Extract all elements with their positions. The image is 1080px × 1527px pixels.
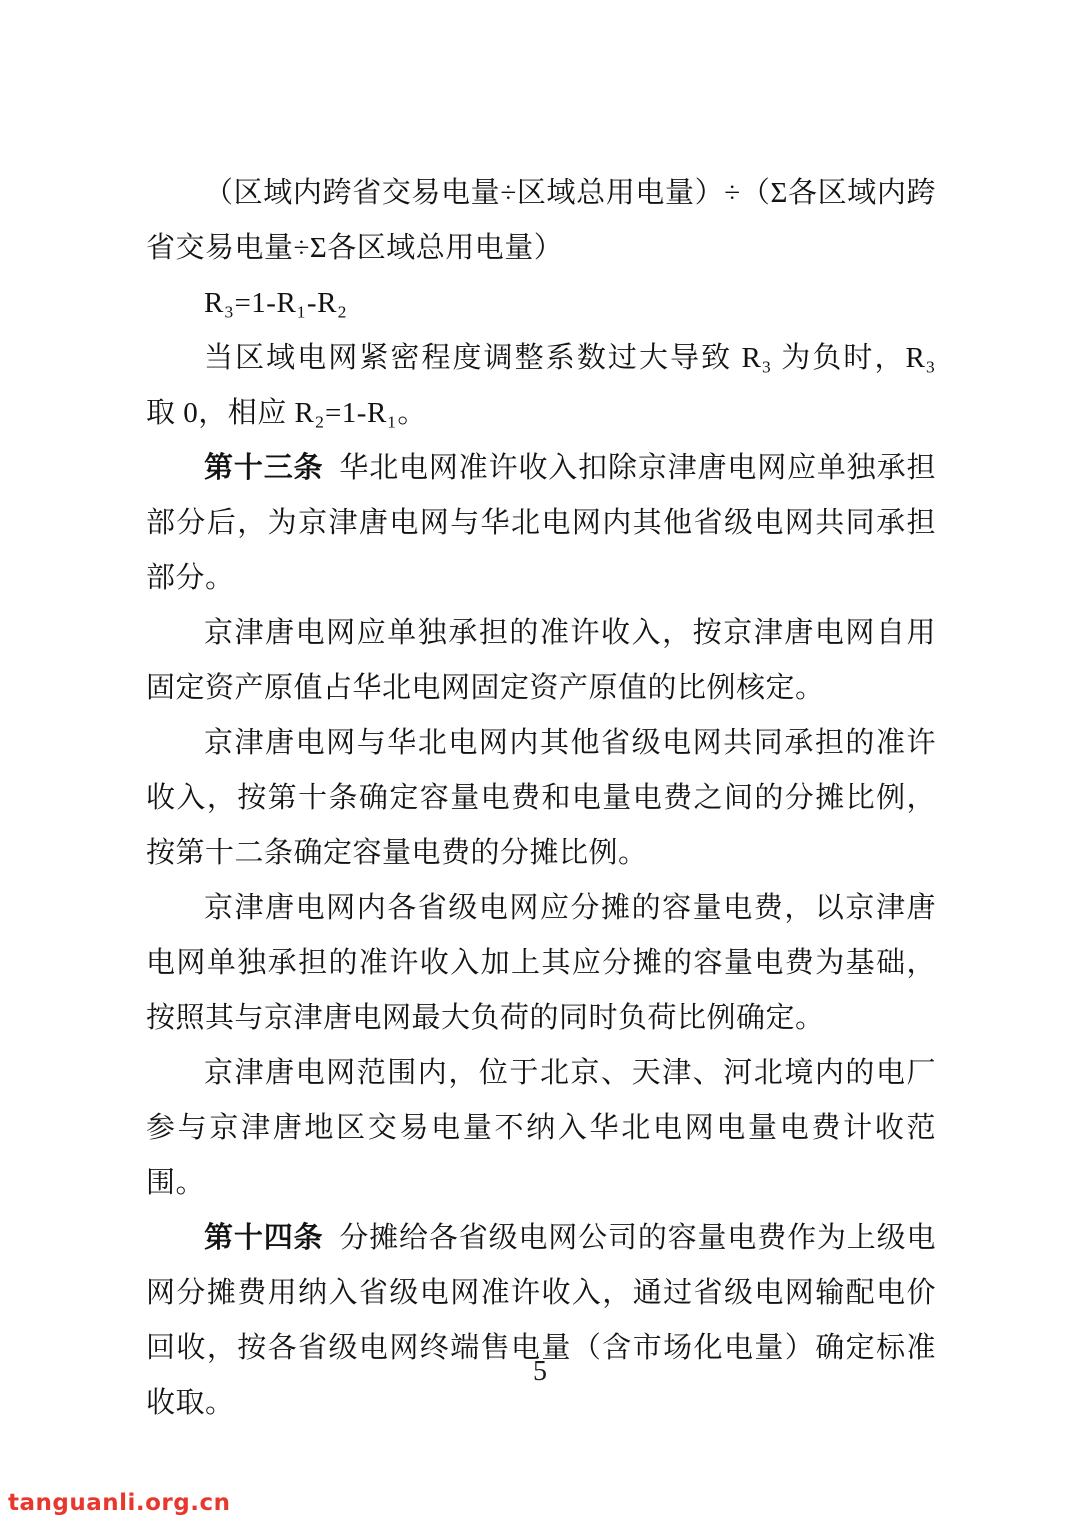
paragraph-r3-rule: 当区域电网紧密程度调整系数过大导致 R₃ 为负时，R₃ 取 0，相应 R₂=1-…	[146, 331, 936, 441]
article-number-label: 第十四条	[204, 1222, 323, 1254]
paragraph-article-13: 第十三条华北电网准许收入扣除京津唐电网应单独承担部分后，为京津唐电网与华北电网内…	[146, 441, 936, 606]
formula-text: R₃=1-R₁-R₂	[204, 287, 348, 319]
paragraph-capacity-fee-allocation: 京津唐电网内各省级电网应分摊的容量电费，以京津唐电网单独承担的准许收入加上其应分…	[146, 881, 936, 1046]
document-page: （区域内跨省交易电量÷区域总用电量）÷（Σ各区域内跨省交易电量÷Σ各区域总用电量…	[0, 0, 1080, 1527]
page-number: 5	[0, 1352, 1080, 1392]
paragraph-jjt-scope: 京津唐电网范围内，位于北京、天津、河北境内的电厂参与京津唐地区交易电量不纳入华北…	[146, 1046, 936, 1211]
article-number-label: 第十三条	[204, 452, 323, 484]
paragraph-shared-income-ratio: 京津唐电网与华北电网内其他省级电网共同承担的准许收入，按第十条确定容量电费和电量…	[146, 716, 936, 881]
document-body: （区域内跨省交易电量÷区域总用电量）÷（Σ各区域内跨省交易电量÷Σ各区域总用电量…	[146, 166, 936, 1431]
paragraph-text: （区域内跨省交易电量÷区域总用电量）÷（Σ各区域内跨省交易电量÷Σ各区域总用电量…	[146, 177, 936, 264]
paragraph-jjt-separate-income: 京津唐电网应单独承担的准许收入，按京津唐电网自用固定资产原值占华北电网固定资产原…	[146, 606, 936, 716]
paragraph-text: 京津唐电网应单独承担的准许收入，按京津唐电网自用固定资产原值占华北电网固定资产原…	[146, 617, 936, 704]
paragraph-formula-r3: R₃=1-R₁-R₂	[146, 276, 936, 331]
paragraph-text: 京津唐电网范围内，位于北京、天津、河北境内的电厂参与京津唐地区交易电量不纳入华北…	[146, 1057, 936, 1199]
watermark-text: tanguanli.org.cn	[8, 1489, 230, 1517]
paragraph-formula-r-ratio: （区域内跨省交易电量÷区域总用电量）÷（Σ各区域内跨省交易电量÷Σ各区域总用电量…	[146, 166, 936, 276]
paragraph-text: 当区域电网紧密程度调整系数过大导致 R₃ 为负时，R₃ 取 0，相应 R₂=1-…	[146, 342, 936, 429]
paragraph-text: 京津唐电网与华北电网内其他省级电网共同承担的准许收入，按第十条确定容量电费和电量…	[146, 727, 936, 869]
paragraph-text: 京津唐电网内各省级电网应分摊的容量电费，以京津唐电网单独承担的准许收入加上其应分…	[146, 892, 936, 1034]
paragraph-article-14: 第十四条分摊给各省级电网公司的容量电费作为上级电网分摊费用纳入省级电网准许收入，…	[146, 1211, 936, 1431]
